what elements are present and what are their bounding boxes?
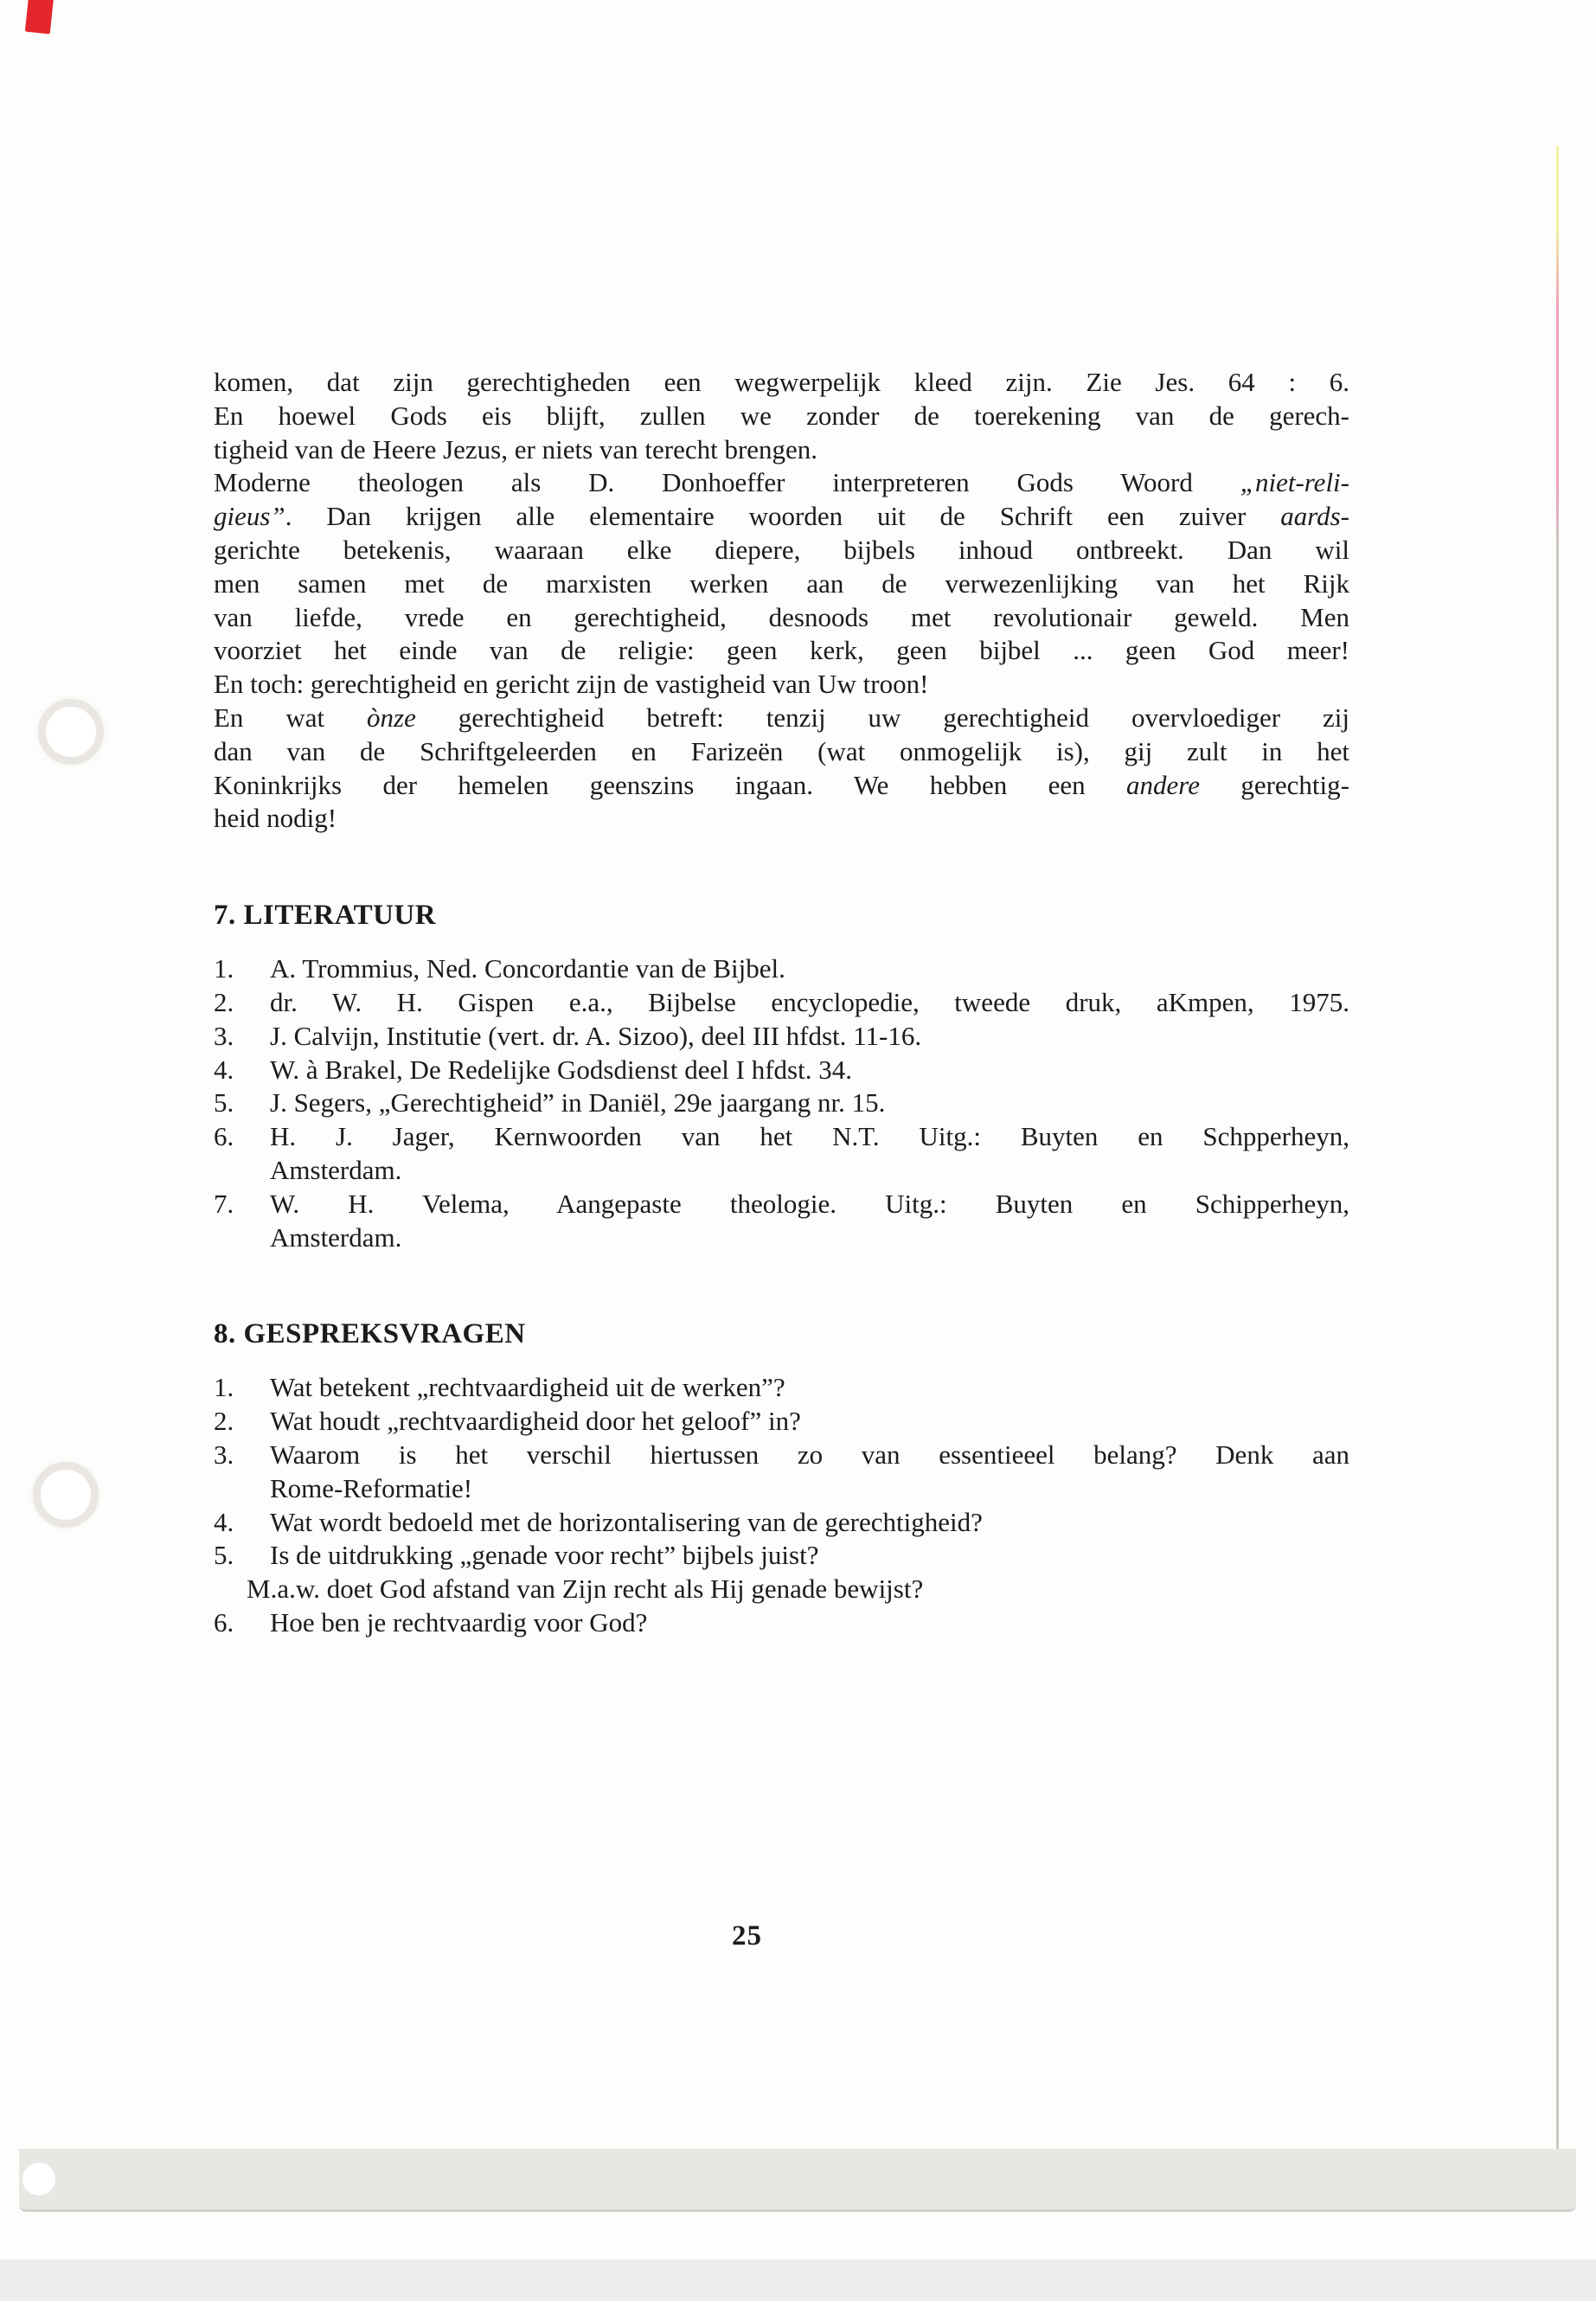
text-segment: En wat — [214, 702, 367, 733]
item-number: 3. — [214, 1020, 270, 1054]
item-number: 4. — [214, 1506, 270, 1540]
item-content: Wat betekent „rechtvaardigheid uit de we… — [270, 1371, 1349, 1405]
text-segment: komen, dat zijn gerechtigheden een wegwe… — [214, 367, 1349, 397]
hole-punch-icon — [33, 1462, 99, 1528]
section-items: 1.A. Trommius, Ned. Concordantie van de … — [214, 952, 1349, 1254]
text-segment: H. J. Jager, Kernwoorden van het N.T. Ui… — [270, 1121, 1349, 1151]
text-line: Koninkrijks der hemelen geenszins ingaan… — [214, 769, 1349, 803]
item-content: H. J. Jager, Kernwoorden van het N.T. Ui… — [270, 1120, 1349, 1188]
italic-text-segment: aards- — [1280, 501, 1349, 531]
italic-text-segment: ònze — [367, 702, 416, 733]
list-item: 3.Waarom is het verschil hiertussen zo v… — [214, 1439, 1349, 1506]
italic-text-segment: andere — [1126, 770, 1200, 800]
list-item: 7.W. H. Velema, Aangepaste theologie. Ui… — [214, 1188, 1349, 1255]
text-line: Hoe ben je rechtvaardig voor God? — [270, 1606, 1349, 1640]
text-segment: Wat houdt „rechtvaardigheid door het gel… — [270, 1406, 801, 1436]
text-segment: Is de uitdrukking „genade voor recht” bi… — [270, 1540, 818, 1570]
text-segment: gerichte betekenis, waaraan elke diepere… — [214, 535, 1349, 565]
list-item: 3.J. Calvijn, Institutie (vert. dr. A. S… — [214, 1020, 1349, 1054]
page-edge-line — [1556, 145, 1559, 2154]
text-line: Amsterdam. — [270, 1154, 1349, 1188]
item-number: 2. — [214, 986, 270, 1020]
item-content: Wat houdt „rechtvaardigheid door het gel… — [270, 1405, 1349, 1439]
text-line: Wat betekent „rechtvaardigheid uit de we… — [270, 1371, 1349, 1405]
text-segment: dr. W. H. Gispen e.a., Bijbelse encyclop… — [270, 987, 1349, 1017]
text-line: voorziet het einde van de religie: geen … — [214, 634, 1349, 668]
list-item: 4.Wat wordt bedoeld met de horizontalise… — [214, 1506, 1349, 1540]
item-number: 6. — [214, 1606, 270, 1640]
item-number: 7. — [214, 1188, 270, 1255]
text-segment: M.a.w. doet God afstand van Zijn recht a… — [247, 1574, 923, 1604]
text-line: A. Trommius, Ned. Concordantie van de Bi… — [270, 952, 1349, 986]
text-segment: voorziet het einde van de religie: geen … — [214, 635, 1349, 665]
text-segment: W. à Brakel, De Redelijke Godsdienst dee… — [270, 1054, 852, 1085]
text-line: J. Segers, „Gerechtigheid” in Daniël, 29… — [270, 1086, 1349, 1120]
text-segment: van liefde, vrede en gerechtigheid, desn… — [214, 602, 1349, 632]
text-segment: Waarom is het verschil hiertussen zo van… — [270, 1439, 1349, 1470]
item-content: Hoe ben je rechtvaardig voor God? — [270, 1606, 1349, 1640]
item-content: J. Calvijn, Institutie (vert. dr. A. Siz… — [270, 1020, 1349, 1054]
text-segment: Wat betekent „rechtvaardigheid uit de we… — [270, 1372, 785, 1402]
text-line: tigheid van de Heere Jezus, er niets van… — [214, 433, 1349, 467]
section-heading: 8. GESPREKSVRAGEN — [214, 1315, 1349, 1353]
text-line: Rome-Reformatie! — [270, 1472, 1349, 1506]
text-segment: Wat wordt bedoeld met de horizontaliseri… — [270, 1507, 983, 1537]
list-item: 6.H. J. Jager, Kernwoorden van het N.T. … — [214, 1120, 1349, 1188]
text-line: dr. W. H. Gispen e.a., Bijbelse encyclop… — [270, 986, 1349, 1020]
sections: 7. LITERATUUR1.A. Trommius, Ned. Concord… — [214, 896, 1349, 1640]
text-segment: . Dan krijgen alle elementaire woorden u… — [285, 501, 1281, 531]
item-number: 1. — [214, 1371, 270, 1405]
item-content: J. Segers, „Gerechtigheid” in Daniël, 29… — [270, 1086, 1349, 1120]
text-segment: En toch: gerechtigheid en gericht zijn d… — [214, 669, 928, 699]
italic-text-segment: gieus” — [214, 501, 285, 531]
red-corner-mark — [25, 0, 54, 34]
text-line: Moderne theologen als D. Donhoeffer inte… — [214, 466, 1349, 500]
text-line: Amsterdam. — [270, 1221, 1349, 1255]
list-item: 1.A. Trommius, Ned. Concordantie van de … — [214, 952, 1349, 986]
text-segment: Koninkrijks der hemelen geenszins ingaan… — [214, 770, 1126, 800]
item-content: A. Trommius, Ned. Concordantie van de Bi… — [270, 952, 1349, 986]
item-content: W. H. Velema, Aangepaste theologie. Uitg… — [270, 1188, 1349, 1255]
text-segment: A. Trommius, Ned. Concordantie van de Bi… — [270, 953, 785, 984]
item-number: 3. — [214, 1439, 270, 1506]
text-segment: Hoe ben je rechtvaardig voor God? — [270, 1607, 647, 1638]
hole-punch-icon — [38, 699, 104, 765]
list-item: 1.Wat betekent „rechtvaardigheid uit de … — [214, 1371, 1349, 1405]
list-item: 4.W. à Brakel, De Redelijke Godsdienst d… — [214, 1054, 1349, 1087]
text-line: W. à Brakel, De Redelijke Godsdienst dee… — [270, 1054, 1349, 1087]
page-number: 25 — [732, 1920, 762, 1952]
item-number: 2. — [214, 1405, 270, 1439]
page-stack-notch — [22, 2163, 55, 2195]
text-segment: Amsterdam. — [270, 1222, 401, 1253]
text-line: men samen met de marxisten werken aan de… — [214, 567, 1349, 601]
text-segment: tigheid van de Heere Jezus, er niets van… — [214, 434, 817, 465]
item-number: 1. — [214, 952, 270, 986]
text-line: W. H. Velema, Aangepaste theologie. Uitg… — [270, 1188, 1349, 1221]
text-segment: heid nodig! — [214, 803, 337, 833]
text-line: gieus”. Dan krijgen alle elementaire woo… — [214, 500, 1349, 534]
item-content: Waarom is het verschil hiertussen zo van… — [270, 1439, 1349, 1506]
text-line: Wat wordt bedoeld met de horizontaliseri… — [270, 1506, 1349, 1540]
list-item: 6.Hoe ben je rechtvaardig voor God? — [214, 1606, 1349, 1640]
scanned-document-page: komen, dat zijn gerechtigheden een wegwe… — [0, 0, 1596, 2301]
list-item: 2.dr. W. H. Gispen e.a., Bijbelse encycl… — [214, 986, 1349, 1020]
item-content: Is de uitdrukking „genade voor recht” bi… — [270, 1539, 1349, 1606]
item-number: 5. — [214, 1086, 270, 1120]
list-item: 5.Is de uitdrukking „genade voor recht” … — [214, 1539, 1349, 1606]
text-line: gerichte betekenis, waaraan elke diepere… — [214, 534, 1349, 567]
page-stack-lower-shadow — [0, 2259, 1596, 2301]
text-segment: Rome-Reformatie! — [270, 1473, 472, 1503]
section-heading: 7. LITERATUUR — [214, 896, 1349, 934]
body-paragraph: komen, dat zijn gerechtigheden een wegwe… — [214, 366, 1349, 836]
item-number: 4. — [214, 1054, 270, 1087]
text-line: Is de uitdrukking „genade voor recht” bi… — [270, 1539, 1349, 1573]
text-line: Wat houdt „rechtvaardigheid door het gel… — [270, 1405, 1349, 1439]
text-line: En toch: gerechtigheid en gericht zijn d… — [214, 668, 1349, 702]
item-content: Wat wordt bedoeld met de horizontaliseri… — [270, 1506, 1349, 1540]
text-column: komen, dat zijn gerechtigheden een wegwe… — [214, 366, 1349, 1640]
text-segment: gerechtig- — [1200, 770, 1349, 800]
text-line: H. J. Jager, Kernwoorden van het N.T. Ui… — [270, 1120, 1349, 1154]
text-line: Waarom is het verschil hiertussen zo van… — [270, 1439, 1349, 1472]
text-segment: W. H. Velema, Aangepaste theologie. Uitg… — [270, 1189, 1349, 1219]
text-segment: dan van de Schriftgeleerden en Farizeën … — [214, 736, 1349, 766]
list-item: 5.J. Segers, „Gerechtigheid” in Daniël, … — [214, 1086, 1349, 1120]
text-line: J. Calvijn, Institutie (vert. dr. A. Siz… — [270, 1020, 1349, 1054]
text-line: dan van de Schriftgeleerden en Farizeën … — [214, 735, 1349, 769]
page-stack-shadow — [19, 2149, 1576, 2212]
text-line: M.a.w. doet God afstand van Zijn recht a… — [247, 1573, 1349, 1606]
text-segment: Amsterdam. — [270, 1155, 401, 1185]
text-segment: Moderne theologen als D. Donhoeffer inte… — [214, 467, 1240, 497]
item-content: W. à Brakel, De Redelijke Godsdienst dee… — [270, 1054, 1349, 1087]
text-segment: J. Segers, „Gerechtigheid” in Daniël, 29… — [270, 1087, 885, 1118]
item-content: dr. W. H. Gispen e.a., Bijbelse encyclop… — [270, 986, 1349, 1020]
list-item: 2.Wat houdt „rechtvaardigheid door het g… — [214, 1405, 1349, 1439]
text-segment: gerechtigheid betreft: tenzij uw gerecht… — [416, 702, 1349, 733]
section-items: 1.Wat betekent „rechtvaardigheid uit de … — [214, 1371, 1349, 1639]
text-segment: J. Calvijn, Institutie (vert. dr. A. Siz… — [270, 1021, 921, 1051]
text-segment: men samen met de marxisten werken aan de… — [214, 568, 1349, 599]
text-line: van liefde, vrede en gerechtigheid, desn… — [214, 601, 1349, 635]
text-line: heid nodig! — [214, 802, 1349, 836]
italic-text-segment: „niet-reli- — [1240, 467, 1349, 497]
text-line: En hoewel Gods eis blijft, zullen we zon… — [214, 400, 1349, 433]
text-line: komen, dat zijn gerechtigheden een wegwe… — [214, 366, 1349, 400]
item-number: 6. — [214, 1120, 270, 1188]
text-segment: En hoewel Gods eis blijft, zullen we zon… — [214, 401, 1349, 431]
text-line: En wat ònze gerechtigheid betreft: tenzi… — [214, 702, 1349, 735]
